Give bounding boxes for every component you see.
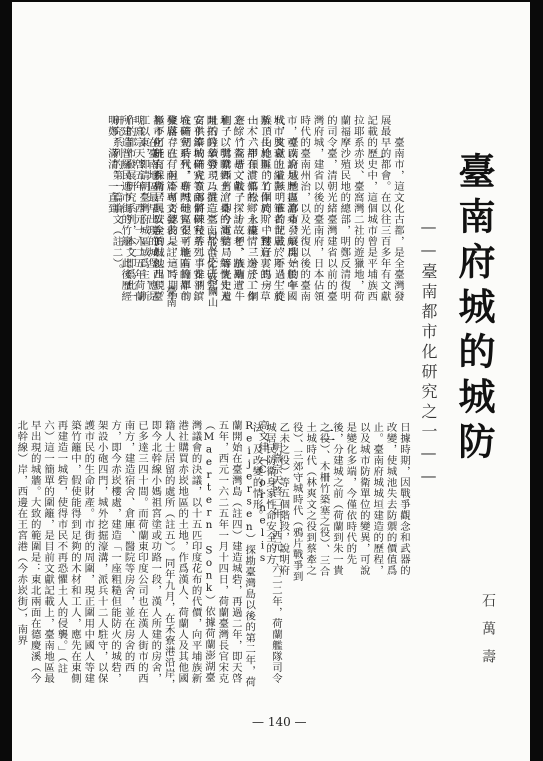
section-2-paragraph-1: 明熹宗天啓二年，西元一六二二年，荷蘭艦隊司令高文律（Cornelis Reije… (14, 420, 282, 690)
section-2-block-right: 明熹宗天啓二年，西元一六二二年，荷蘭艦隊司令高文律（Cornelis Reije… (14, 420, 282, 690)
page-number: — 140 — (252, 715, 307, 729)
article-subtitle: ——臺南都市化研究之一—— (418, 217, 438, 489)
section-number-2: 二 (315, 427, 338, 443)
document-page: 臺南府城的城防 ——臺南都市化研究之一—— 一 臺南市，這文化古都，是全臺灣發展… (12, 2, 530, 761)
author-name: 石萬壽 (478, 593, 498, 677)
section-1-paragraph-3: 在臺南地區最早出現的城堡，應是明熹宗天啓五年，西元一六二五年荷蘭所建造普羅民遮市… (104, 115, 158, 311)
article-title: 臺南府城的城防 (452, 152, 496, 467)
section-1-block-middle: 臺南府城地區都市發展開始的年代，文獻上並無明確的記載，不過，從族頂山地區的竹圍岡… (151, 115, 298, 311)
section-1-paragraph-2: 臺南府城地區都市發展開始的年代，文獻上並無明確的記載，不過，從族頂山地區的竹圍岡… (151, 115, 298, 311)
section-1-block-left: 在臺南地區最早出現的城堡，應是明熹宗天啓五年，西元一六二五年荷蘭所建造普羅民遮市… (104, 115, 158, 311)
